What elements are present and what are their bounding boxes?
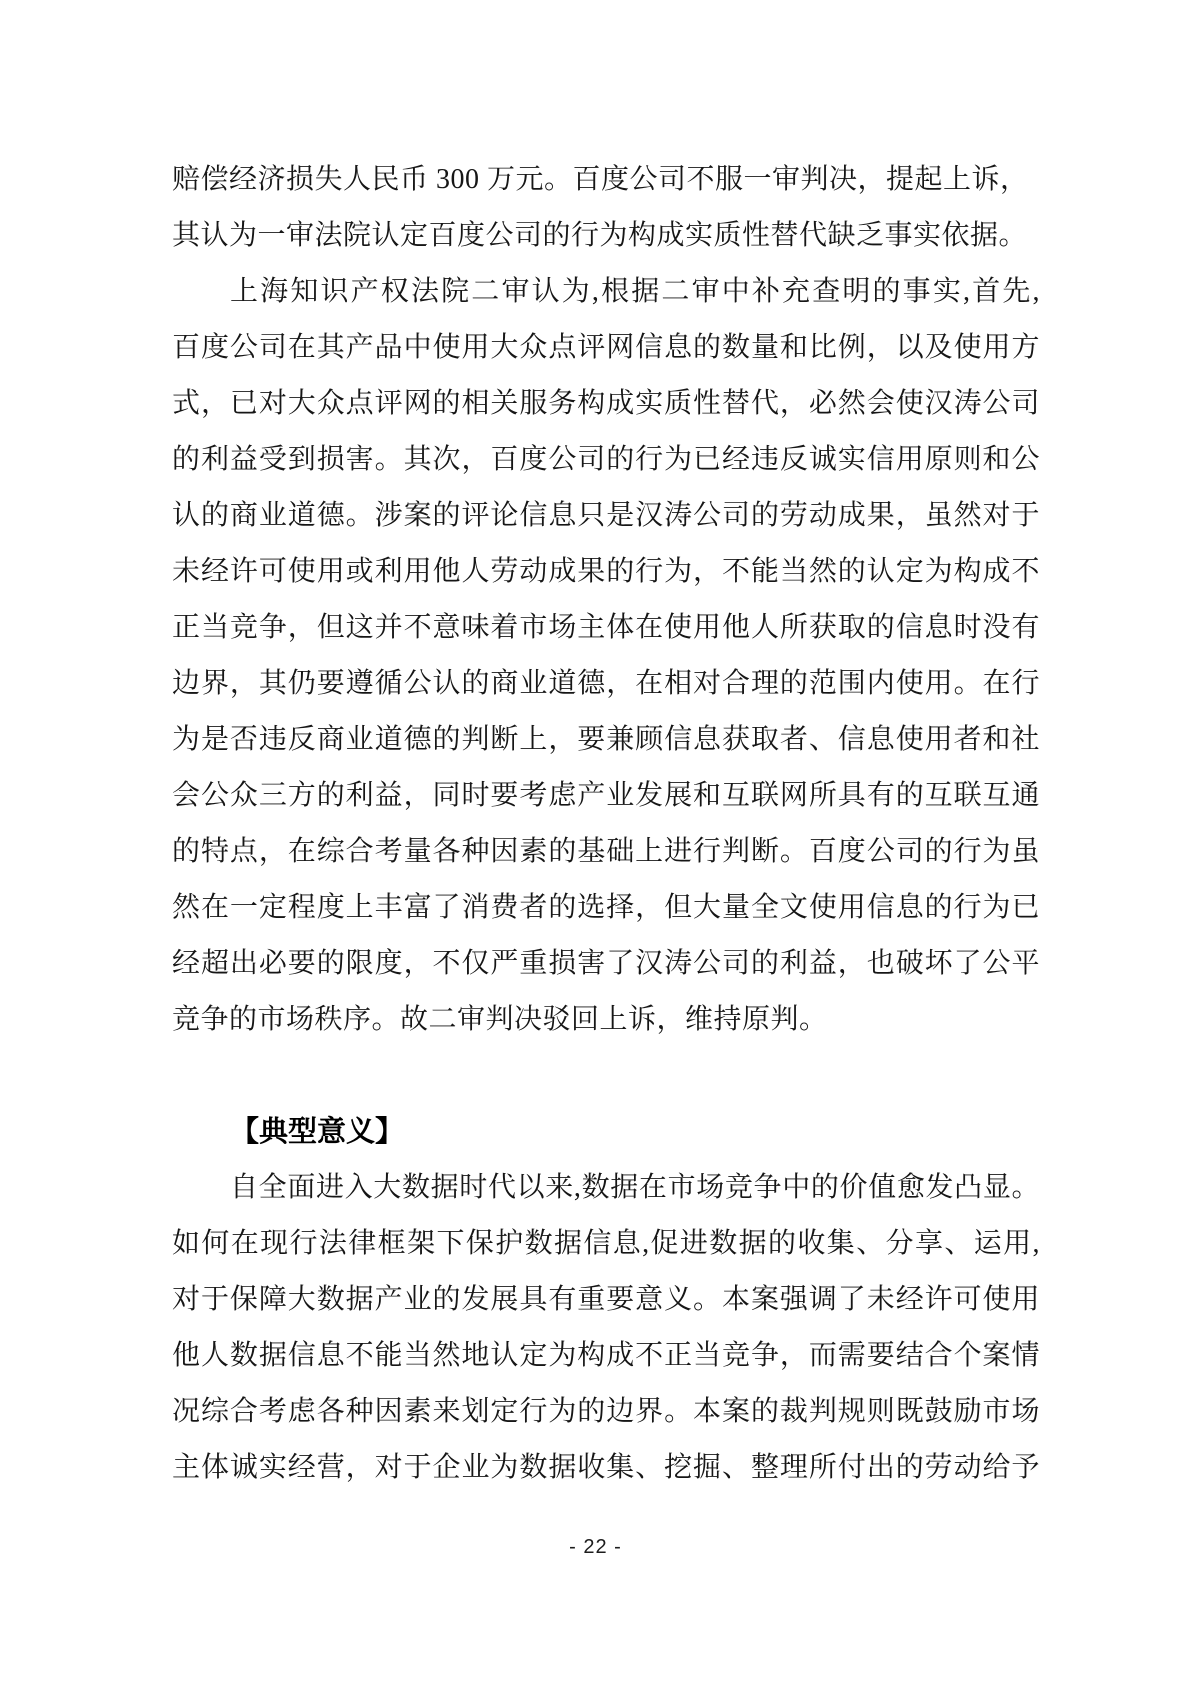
text-line: 会公众三方的利益，同时要考虑产业发展和互联网所具有的互联互通 [172,768,1040,824]
text-line: 主体诚实经营，对于企业为数据收集、挖掘、整理所付出的劳动给予 [172,1440,1040,1496]
text-line: 认的商业道德。涉案的评论信息只是汉涛公司的劳动成果，虽然对于 [172,488,1040,544]
paragraph: 自全面进入大数据时代以来,数据在市场竞争中的价值愈发凸显。 如何在现行法律框架下… [172,1160,1040,1496]
text-line: 的利益受到损害。其次，百度公司的行为已经违反诚实信用原则和公 [172,432,1040,488]
text-line: 未经许可使用或利用他人劳动成果的行为，不能当然的认定为构成不 [172,544,1040,600]
text-line: 为是否违反商业道德的判断上，要兼顾信息获取者、信息使用者和社 [172,712,1040,768]
section-heading: 【典型意义】 [172,1104,1040,1160]
text-line: 的特点，在综合考量各种因素的基础上进行判断。百度公司的行为虽 [172,824,1040,880]
text-line: 对于保障大数据产业的发展具有重要意义。本案强调了未经许可使用 [172,1272,1040,1328]
text-line: 经超出必要的限度，不仅严重损害了汉涛公司的利益，也破坏了公平 [172,936,1040,992]
text-line: 赔偿经济损失人民币 300 万元。百度公司不服一审判决，提起上诉， [172,152,1040,208]
page-number: - 22 - [0,1536,1191,1559]
paragraph: 上海知识产权法院二审认为,根据二审中补充查明的事实,首先, 百度公司在其产品中使… [172,264,1040,1048]
text-line: 如何在现行法律框架下保护数据信息,促进数据的收集、分享、运用, [172,1216,1040,1272]
text-line: 百度公司在其产品中使用大众点评网信息的数量和比例，以及使用方 [172,320,1040,376]
text-line: 自全面进入大数据时代以来,数据在市场竞争中的价值愈发凸显。 [172,1160,1040,1216]
text-line: 他人数据信息不能当然地认定为构成不正当竞争，而需要结合个案情 [172,1328,1040,1384]
text-line: 边界，其仍要遵循公认的商业道德，在相对合理的范围内使用。在行 [172,656,1040,712]
paragraph: 赔偿经济损失人民币 300 万元。百度公司不服一审判决，提起上诉， 其认为一审法… [172,152,1040,264]
text-line: 式，已对大众点评网的相关服务构成实质性替代，必然会使汉涛公司 [172,376,1040,432]
text-line: 正当竞争，但这并不意味着市场主体在使用他人所获取的信息时没有 [172,600,1040,656]
text-line: 竞争的市场秩序。故二审判决驳回上诉，维持原判。 [172,992,1040,1048]
text-line: 其认为一审法院认定百度公司的行为构成实质性替代缺乏事实依据。 [172,208,1040,264]
blank-line [172,1048,1040,1104]
text-line: 况综合考虑各种因素来划定行为的边界。本案的裁判规则既鼓励市场 [172,1384,1040,1440]
body-text: 赔偿经济损失人民币 300 万元。百度公司不服一审判决，提起上诉， 其认为一审法… [172,152,1040,1496]
document-page: 赔偿经济损失人民币 300 万元。百度公司不服一审判决，提起上诉， 其认为一审法… [0,0,1191,1684]
text-line: 上海知识产权法院二审认为,根据二审中补充查明的事实,首先, [172,264,1040,320]
text-line: 然在一定程度上丰富了消费者的选择，但大量全文使用信息的行为已 [172,880,1040,936]
